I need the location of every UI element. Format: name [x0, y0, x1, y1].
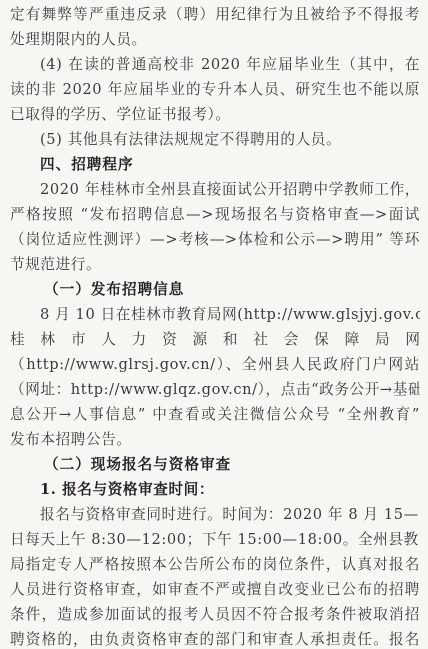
paragraph-line: (5) 其他具有法律法规规定不得聘用的人员。	[40, 127, 420, 153]
paragraph-line: 定有舞弊等严重违反录（聘）用纪律行为且被给予不得报考	[10, 2, 420, 28]
subsection-heading: （二）现场报名与资格审查	[44, 452, 420, 478]
paragraph-line: 人员进行资格审查，如审查不严或擅自改变业已公布的招聘	[10, 577, 420, 603]
paragraph-line: （网址：http://www.glqz.gov.cn/），点击“政务公开→基础信	[10, 377, 420, 403]
document-page: 定有舞弊等严重违反录（聘）用纪律行为且被给予不得报考 处理期限内的人员。 (4)…	[0, 0, 428, 649]
paragraph-line: 2020 年桂林市全州县直接面试公开招聘中学教师工作，	[40, 177, 420, 203]
paragraph-line: 8 月 10 日在桂林市教育局网(http://www.glsjyj.gov.c…	[40, 302, 420, 328]
section-heading: 四、招聘程序	[40, 152, 420, 178]
paragraph-line: 聘资格的，由负责资格审查的部门和审查人承担责任。报名	[10, 627, 420, 649]
paragraph-line: （岗位适应性测评）—>考核—>体检和公示—>聘用” 等环	[10, 227, 420, 253]
paragraph-line: 局指定专人严格按照本公告所公布的岗位条件，认真对报名	[10, 552, 420, 578]
paragraph-line: 发布本招聘公告。	[10, 427, 420, 453]
paragraph-line: （http://www.glrsj.gov.cn/）、全州县人民政府门户网站	[10, 352, 420, 378]
paragraph-line: 节规范进行。	[10, 252, 420, 278]
paragraph-line: 息公开→人事信息” 中查看或关注微信公众号 “全州教育”	[10, 402, 420, 428]
paragraph-line: 读的非 2020 年应届毕业的专升本人员、研究生也不能以原	[10, 77, 420, 103]
subsection-heading: （一）发布招聘信息	[44, 277, 420, 303]
paragraph-line: 已取得的学历、学位证书报考）。	[10, 102, 420, 128]
paragraph-line: 报名与资格审查同时进行。时间为：2020 年 8 月 15—16	[40, 502, 420, 528]
item-heading: 1. 报名与资格审查时间：	[40, 477, 420, 503]
paragraph-line: (4) 在读的普通高校非 2020 年应届毕业生（其中，在	[40, 52, 420, 78]
paragraph-line: 处理期限内的人员。	[10, 27, 420, 53]
paragraph-line: 日每天上午 8:30—12:00；下午 15:00—18:00。全州县教育	[10, 527, 420, 553]
paragraph-line: 桂 林 市 人 力 资 源 和 社 会 保 障 局 网	[10, 327, 420, 353]
paragraph-line: 严格按照 “发布招聘信息—>现场报名与资格审查—>面试	[10, 202, 420, 228]
paragraph-line: 条件，造成参加面试的报考人员因不符合报考条件被取消招	[10, 602, 420, 628]
